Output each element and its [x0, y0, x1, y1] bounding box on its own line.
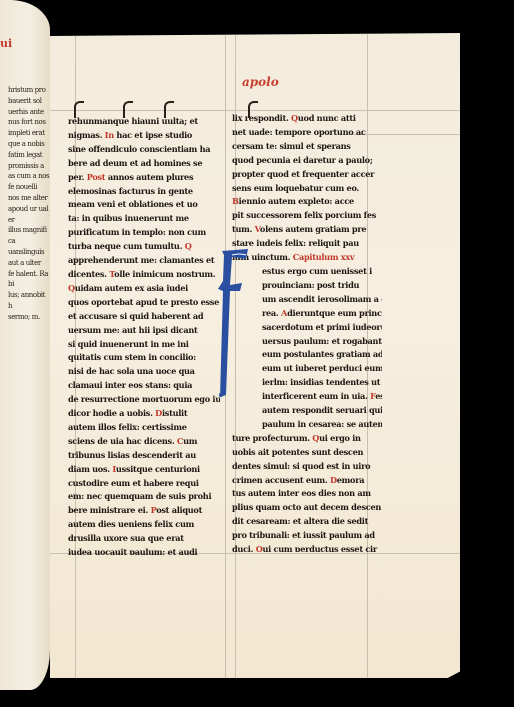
text-line: diam uos. Iussitque centurioni	[68, 463, 220, 477]
text-line: sine offendiculo conscientiam ha	[68, 143, 220, 157]
text-line: uersum me: aut hii ipsi dicant	[68, 324, 220, 338]
rubric: D	[155, 408, 162, 418]
text-line: fe nouelli	[8, 182, 50, 193]
text-line: tribunus lisias descenderit au	[68, 449, 220, 463]
text-line: et accusare si quid haberent ad	[68, 310, 220, 324]
left-running-head: ui	[0, 37, 12, 50]
text-line: rea. Adieruntque eum principes	[232, 307, 382, 321]
text-line: prouinciam: post tridu	[232, 279, 382, 293]
text-line: autem dies ueniens felix cum	[68, 518, 220, 532]
text-line: propter quod et frequenter accer	[232, 168, 382, 182]
text-line: bere ministrare ei. Post aliquot	[68, 504, 220, 518]
text-line: duci. Qui cum perductus esset cir	[232, 543, 382, 552]
text-line: clamaui inter eos stans: quia	[68, 379, 220, 393]
text-line: autem illos felix: certissime	[68, 421, 220, 435]
rubric: Q	[291, 113, 298, 123]
text-line: autem respondit seruari quidem	[232, 404, 382, 418]
text-line: apoud ur ualer	[8, 204, 50, 226]
text-line: si quid inuenerunt in me ini	[68, 338, 220, 352]
rubric: C	[177, 436, 183, 446]
text-line: que a nobis	[8, 139, 50, 150]
text-line: sens eum loquebatur cum eo.	[232, 182, 382, 196]
text-line: nigmas. In hac et ipse studio	[68, 129, 220, 143]
text-line: tum. Volens autem gratiam pre	[232, 223, 382, 237]
text-line: dicentes. Tolle inimicum nostrum.	[68, 268, 220, 282]
text-line: lix respondit. Quod nunc atti	[232, 112, 382, 126]
text-line: quos oportebat apud te presto esse	[68, 296, 220, 310]
text-line: as cum a nos	[8, 171, 50, 182]
text-line: pro tribunali: et iussit paulum ad	[232, 529, 382, 543]
right-page: apolo rehunmanque hiauni uulta; etnigmas…	[50, 33, 460, 678]
text-line: uersus paulum: et rogabant	[232, 335, 382, 349]
text-line: elemosinas facturus in gente	[68, 185, 220, 199]
text-line: um ascendit ierosolimam a cesa	[232, 293, 382, 307]
text-line: dicor hodie a uobis. Distulit	[68, 407, 220, 421]
text-column-2: lix respondit. Quod nunc attinet uade: t…	[232, 112, 382, 552]
text-line: Quidam autem ex asia iudei	[68, 282, 220, 296]
running-head: apolo	[242, 75, 279, 89]
illuminated-initial-f	[218, 245, 250, 405]
text-line: estus ergo cum uenisset i	[232, 265, 382, 279]
text-line: ture profecturum. Qui ergo in	[232, 432, 382, 446]
rubric: D	[330, 475, 337, 485]
text-line: tus autem inter eos dies non am	[232, 487, 382, 501]
text-line: interficerent eum in uia. Festus	[232, 390, 382, 404]
text-line: plius quam octo aut decem descen	[232, 501, 382, 515]
text-line: nus fort nos	[8, 117, 50, 128]
text-line: fe halent. Rabi	[8, 269, 50, 291]
text-line: turba neque cum tumultu. Q	[68, 240, 220, 254]
rubric: F	[370, 391, 375, 401]
text-line: em: nec quemquam de suis prohi	[68, 490, 220, 504]
rubric: Q	[256, 544, 263, 552]
rubric: Q	[185, 241, 192, 251]
text-line: sermo; m.	[8, 312, 50, 323]
text-line: iudea uocauit paulum: et audi	[68, 546, 220, 555]
text-line: apprehenderunt me: clamantes et	[68, 254, 220, 268]
text-line: uanslinguis	[8, 247, 50, 258]
text-line: lus; annobit h	[8, 290, 50, 312]
text-line: per. Post annos autem plures	[68, 171, 220, 185]
rubric: I	[112, 464, 116, 474]
text-line: meam veni et oblationes et uo	[68, 198, 220, 212]
text-line: impleti erat	[8, 128, 50, 139]
rubric: T	[109, 269, 114, 279]
text-line: purificatum in templo: non cum	[68, 226, 220, 240]
text-line: quitatis cum stem in concilio:	[68, 351, 220, 365]
text-line: Biennio autem expleto: acce	[232, 195, 382, 209]
text-line: lum uinctum. Capitulum xxv	[232, 251, 382, 265]
rubric: B	[232, 196, 239, 206]
text-line: promissis a	[8, 161, 50, 172]
text-line: sacerdotum et primi iudeorum ad	[232, 321, 382, 335]
text-line: aut a ulter	[8, 258, 50, 269]
rubric: In	[105, 130, 114, 140]
text-line: quod pecunia ei daretur a paulo;	[232, 154, 382, 168]
text-line: stare iudeis felix: reliquit pau	[232, 237, 382, 251]
text-line: bere ad deum et ad homines se	[68, 157, 220, 171]
text-line: pit successorem felix porcium fes	[232, 209, 382, 223]
text-line: illus magnifica	[8, 225, 50, 247]
left-page: ui hristum probauerit soluerhis antenus …	[0, 0, 50, 690]
rubric: Capitulum xxv	[293, 252, 355, 262]
text-line: eum postulantes gratiam aduersus	[232, 348, 382, 362]
text-line: paulum in cesarea: se autem ma	[232, 418, 382, 432]
text-line: drusilla uxore sua que erat	[68, 532, 220, 546]
text-line: uerhis ante	[8, 107, 50, 118]
rubric: Q	[312, 433, 319, 443]
text-line: bauerit sol	[8, 96, 50, 107]
text-line: custodire eum et habere requi	[68, 477, 220, 491]
rubric: A	[281, 308, 287, 318]
text-line: uobis ait potentes sunt descen	[232, 446, 382, 460]
initial-letter-icon	[218, 245, 250, 405]
text-line: ta: in quibus inuenerunt me	[68, 212, 220, 226]
text-line: eum ut iuberet perduci eum in	[232, 362, 382, 376]
text-line: nisi de hac sola una uoce qua	[68, 365, 220, 379]
left-page-text: hristum probauerit soluerhis antenus for…	[8, 85, 50, 565]
rubric: P	[151, 505, 157, 515]
text-column-1: rehunmanque hiauni uulta; etnigmas. In h…	[68, 115, 220, 555]
rubric: Q	[68, 283, 75, 293]
text-line: dentes simul: si quod est in uiro	[232, 460, 382, 474]
rubric: Post	[87, 172, 106, 182]
rubric: V	[255, 224, 260, 234]
text-line: de resurrectione mortuorum ego iu	[68, 393, 220, 407]
text-line: nos me alter	[8, 193, 50, 204]
text-line: net uade: tempore oportuno ac	[232, 126, 382, 140]
text-line: cersam te: simul et sperans	[232, 140, 382, 154]
text-line: ierlm: insidias tendentes ut	[232, 376, 382, 390]
text-line: crimen accusent eum. Demora	[232, 474, 382, 488]
text-line: fatim legat	[8, 150, 50, 161]
text-line: hristum pro	[8, 85, 50, 96]
text-line: dit cesaream: et altera die sedit	[232, 515, 382, 529]
text-line: sciens de uia hac dicens. Cum	[68, 435, 220, 449]
text-line: rehunmanque hiauni uulta; et	[68, 115, 220, 129]
